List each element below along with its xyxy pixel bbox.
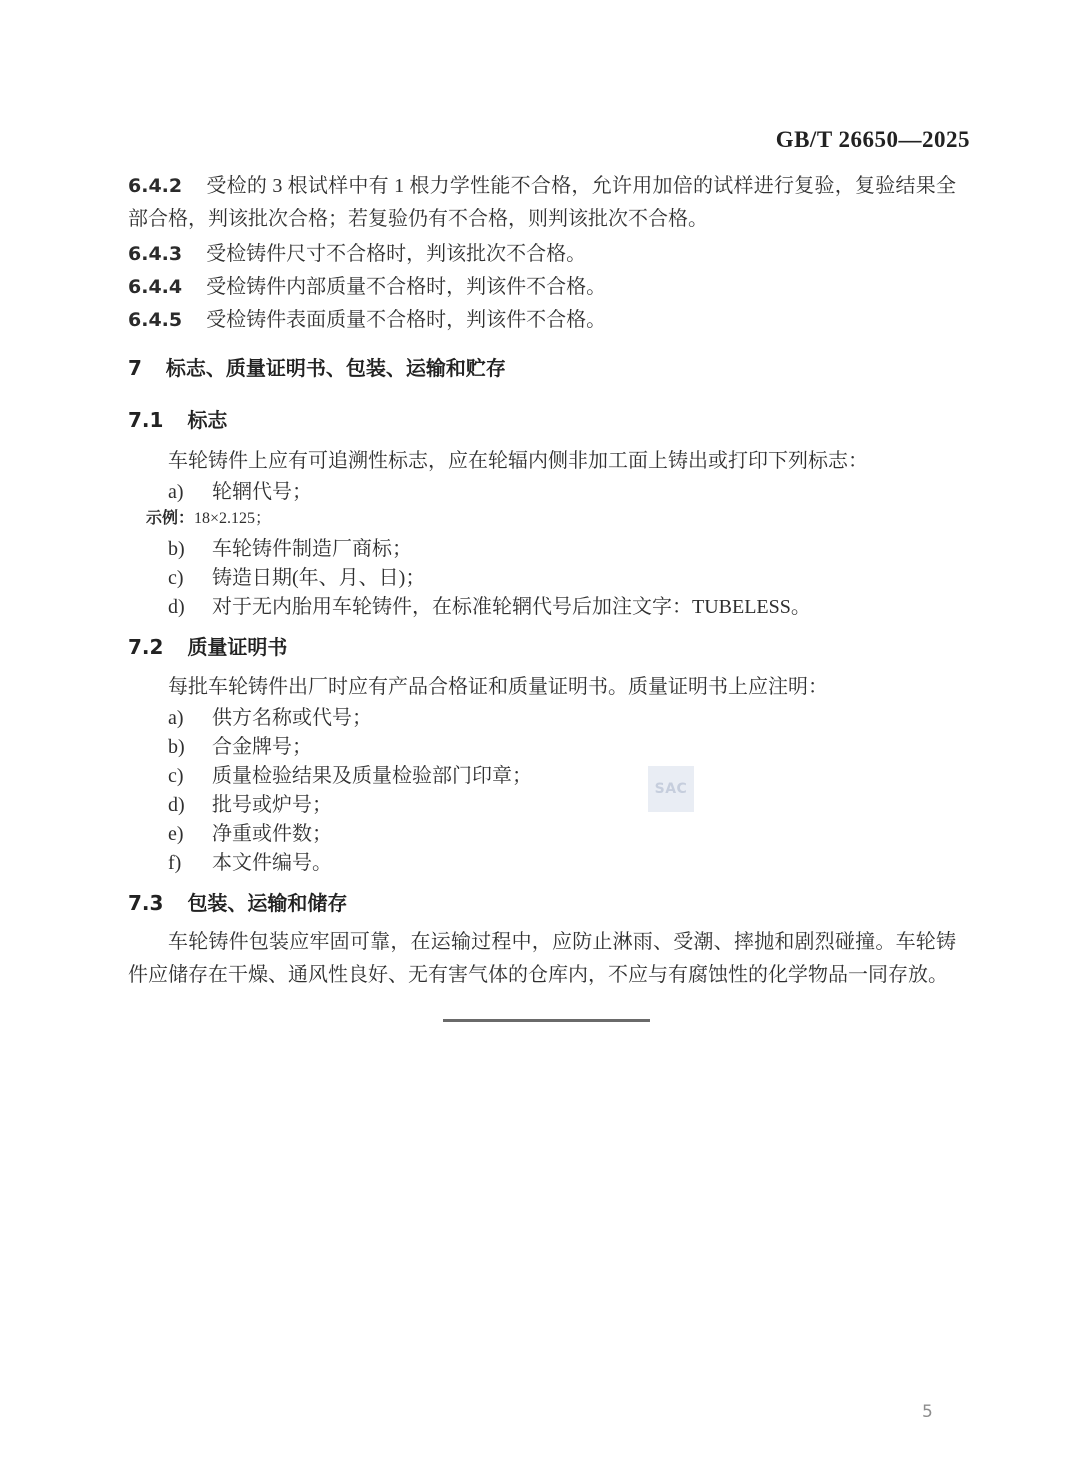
section-number: 7.2 [128, 635, 163, 659]
item-label: d) [168, 592, 212, 622]
clause-6-4-5: 6.4.5受检铸件表面质量不合格时，判该件不合格。 [128, 304, 956, 337]
item-text: 合金牌号； [212, 736, 312, 758]
section-number: 7 [128, 356, 142, 380]
page-number: 5 [922, 1402, 933, 1422]
example-value: 18×2.125； [194, 510, 271, 527]
item-label: b) [168, 534, 212, 564]
item-label: c) [168, 761, 212, 791]
item-label: d) [168, 790, 212, 820]
section-title: 包装、运输和储存 [187, 891, 347, 915]
s71-item-b: b)车轮铸件制造厂商标； [128, 534, 996, 564]
s72-item-e: e)净重或件数； [128, 819, 996, 849]
s73-body-paragraph: 车轮铸件包装应牢固可靠，在运输过程中，应防止淋雨、受潮、摔抛和剧烈碰撞。车轮铸件… [128, 926, 956, 992]
section-title: 标志 [187, 408, 227, 432]
s72-item-a: a)供方名称或代号； [128, 703, 996, 733]
standard-code-header: GB/T 26650—2025 [776, 127, 970, 153]
s71-item-d: d)对于无内胎用车轮铸件，在标准轮辋代号后加注文字：TUBELESS。 [128, 592, 996, 622]
sac-watermark: SAC [648, 766, 694, 812]
item-text: 车轮铸件制造厂商标； [212, 538, 412, 560]
item-label: b) [168, 732, 212, 762]
s71-item-c: c)铸造日期(年、月、日)； [128, 563, 996, 593]
s72-intro-paragraph: 每批车轮铸件出厂时应有产品合格证和质量证明书。质量证明书上应注明： [128, 671, 956, 704]
section-title: 标志、质量证明书、包装、运输和贮存 [166, 356, 506, 380]
clause-number: 6.4.4 [128, 276, 182, 298]
item-label: f) [168, 848, 212, 878]
clause-number: 6.4.5 [128, 309, 182, 331]
item-text: 轮辋代号； [212, 481, 312, 503]
end-of-text-rule [443, 1019, 650, 1022]
example-label: 示例： [146, 508, 194, 527]
s72-item-c: c)质量检验结果及质量检验部门印章； [128, 761, 996, 791]
item-label: a) [168, 477, 212, 507]
item-text: 对于无内胎用车轮铸件，在标准轮辋代号后加注文字：TUBELESS。 [212, 596, 811, 618]
clause-text: 受检铸件内部质量不合格时，判该件不合格。 [206, 276, 606, 298]
document-page: GB/T 26650—2025 6.4.2受检的 3 根试样中有 1 根力学性能… [0, 0, 1080, 1462]
s71-example-line: 示例：18×2.125； [128, 506, 974, 531]
section-title: 质量证明书 [187, 635, 287, 659]
clause-6-4-2: 6.4.2受检的 3 根试样中有 1 根力学性能不合格，允许用加倍的试样进行复验… [128, 170, 956, 236]
item-text: 净重或件数； [212, 823, 332, 845]
clause-6-4-4: 6.4.4受检铸件内部质量不合格时，判该件不合格。 [128, 271, 956, 304]
section-7-1-heading: 7.1标志 [128, 404, 956, 433]
section-7-3-heading: 7.3包装、运输和储存 [128, 887, 956, 916]
item-text: 本文件编号。 [212, 852, 332, 874]
s72-item-f: f)本文件编号。 [128, 848, 996, 878]
s72-item-b: b)合金牌号； [128, 732, 996, 762]
item-label: e) [168, 819, 212, 849]
section-7-2-heading: 7.2质量证明书 [128, 631, 956, 660]
clause-number: 6.4.2 [128, 175, 182, 197]
clause-text: 受检铸件表面质量不合格时，判该件不合格。 [206, 309, 606, 331]
s72-item-d: d)批号或炉号； [128, 790, 996, 820]
s71-item-a: a)轮辋代号； [128, 477, 996, 507]
item-text: 批号或炉号； [212, 794, 332, 816]
item-label: c) [168, 563, 212, 593]
item-text: 供方名称或代号； [212, 707, 372, 729]
clause-text: 受检铸件尺寸不合格时，判该批次不合格。 [206, 243, 586, 265]
clause-text: 受检的 3 根试样中有 1 根力学性能不合格，允许用加倍的试样进行复验，复验结果… [128, 175, 956, 230]
section-7-heading: 7标志、质量证明书、包装、运输和贮存 [128, 352, 956, 381]
section-number: 7.1 [128, 408, 163, 432]
clause-number: 6.4.3 [128, 243, 182, 265]
clause-6-4-3: 6.4.3受检铸件尺寸不合格时，判该批次不合格。 [128, 238, 956, 271]
item-text: 质量检验结果及质量检验部门印章； [212, 765, 532, 787]
s71-intro-paragraph: 车轮铸件上应有可追溯性标志，应在轮辐内侧非加工面上铸出或打印下列标志： [128, 445, 956, 478]
section-number: 7.3 [128, 891, 163, 915]
item-label: a) [168, 703, 212, 733]
item-text: 铸造日期(年、月、日)； [212, 567, 425, 589]
